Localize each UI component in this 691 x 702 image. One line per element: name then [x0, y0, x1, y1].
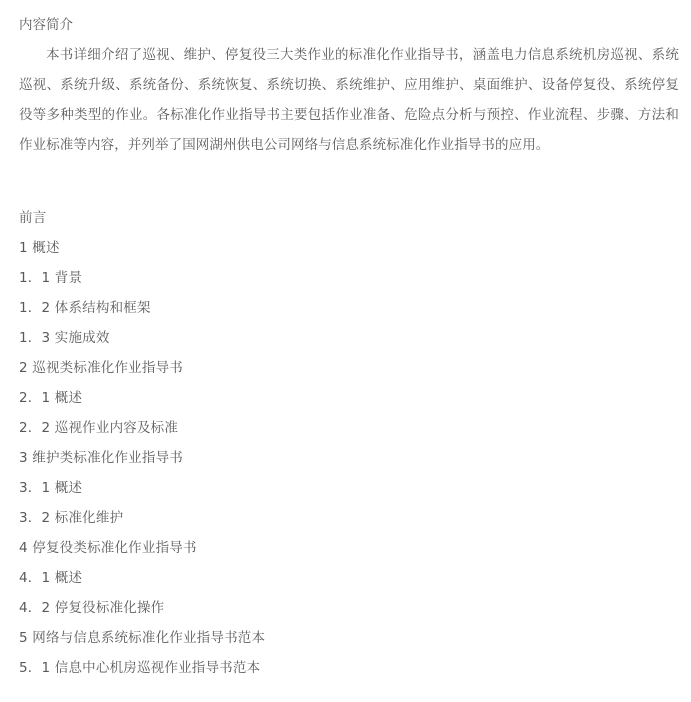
- toc-item: 4．1 概述: [19, 563, 679, 593]
- toc-item: 1．3 实施成效: [19, 323, 679, 353]
- toc-item: 2 巡视类标准化作业指导书: [19, 353, 679, 383]
- toc-item: 1．1 背景: [19, 263, 679, 293]
- toc-item: 3．1 概述: [19, 473, 679, 503]
- intro-body: 本书详细介绍了巡视、维护、停复役三大类作业的标准化作业指导书，涵盖电力信息系统机…: [19, 40, 679, 160]
- table-of-contents: 前言 1 概述 1．1 背景 1．2 体系结构和框架 1．3 实施成效 2 巡视…: [19, 203, 679, 683]
- toc-item: 3 维护类标准化作业指导书: [19, 443, 679, 473]
- toc-item: 3．2 标准化维护: [19, 503, 679, 533]
- intro-title: 内容简介: [19, 10, 679, 40]
- toc-item: 5．1 信息中心机房巡视作业指导书范本: [19, 653, 679, 683]
- toc-item: 2．2 巡视作业内容及标准: [19, 413, 679, 443]
- toc-item: 4 停复役类标准化作业指导书: [19, 533, 679, 563]
- toc-item: 4．2 停复役标准化操作: [19, 593, 679, 623]
- section-spacer: [19, 160, 679, 203]
- toc-item: 5 网络与信息系统标准化作业指导书范本: [19, 623, 679, 653]
- toc-item: 1．2 体系结构和框架: [19, 293, 679, 323]
- toc-item: 2．1 概述: [19, 383, 679, 413]
- book-description-page: 内容简介 本书详细介绍了巡视、维护、停复役三大类作业的标准化作业指导书，涵盖电力…: [0, 0, 679, 683]
- toc-item: 1 概述: [19, 233, 679, 263]
- toc-item-preface: 前言: [19, 203, 679, 233]
